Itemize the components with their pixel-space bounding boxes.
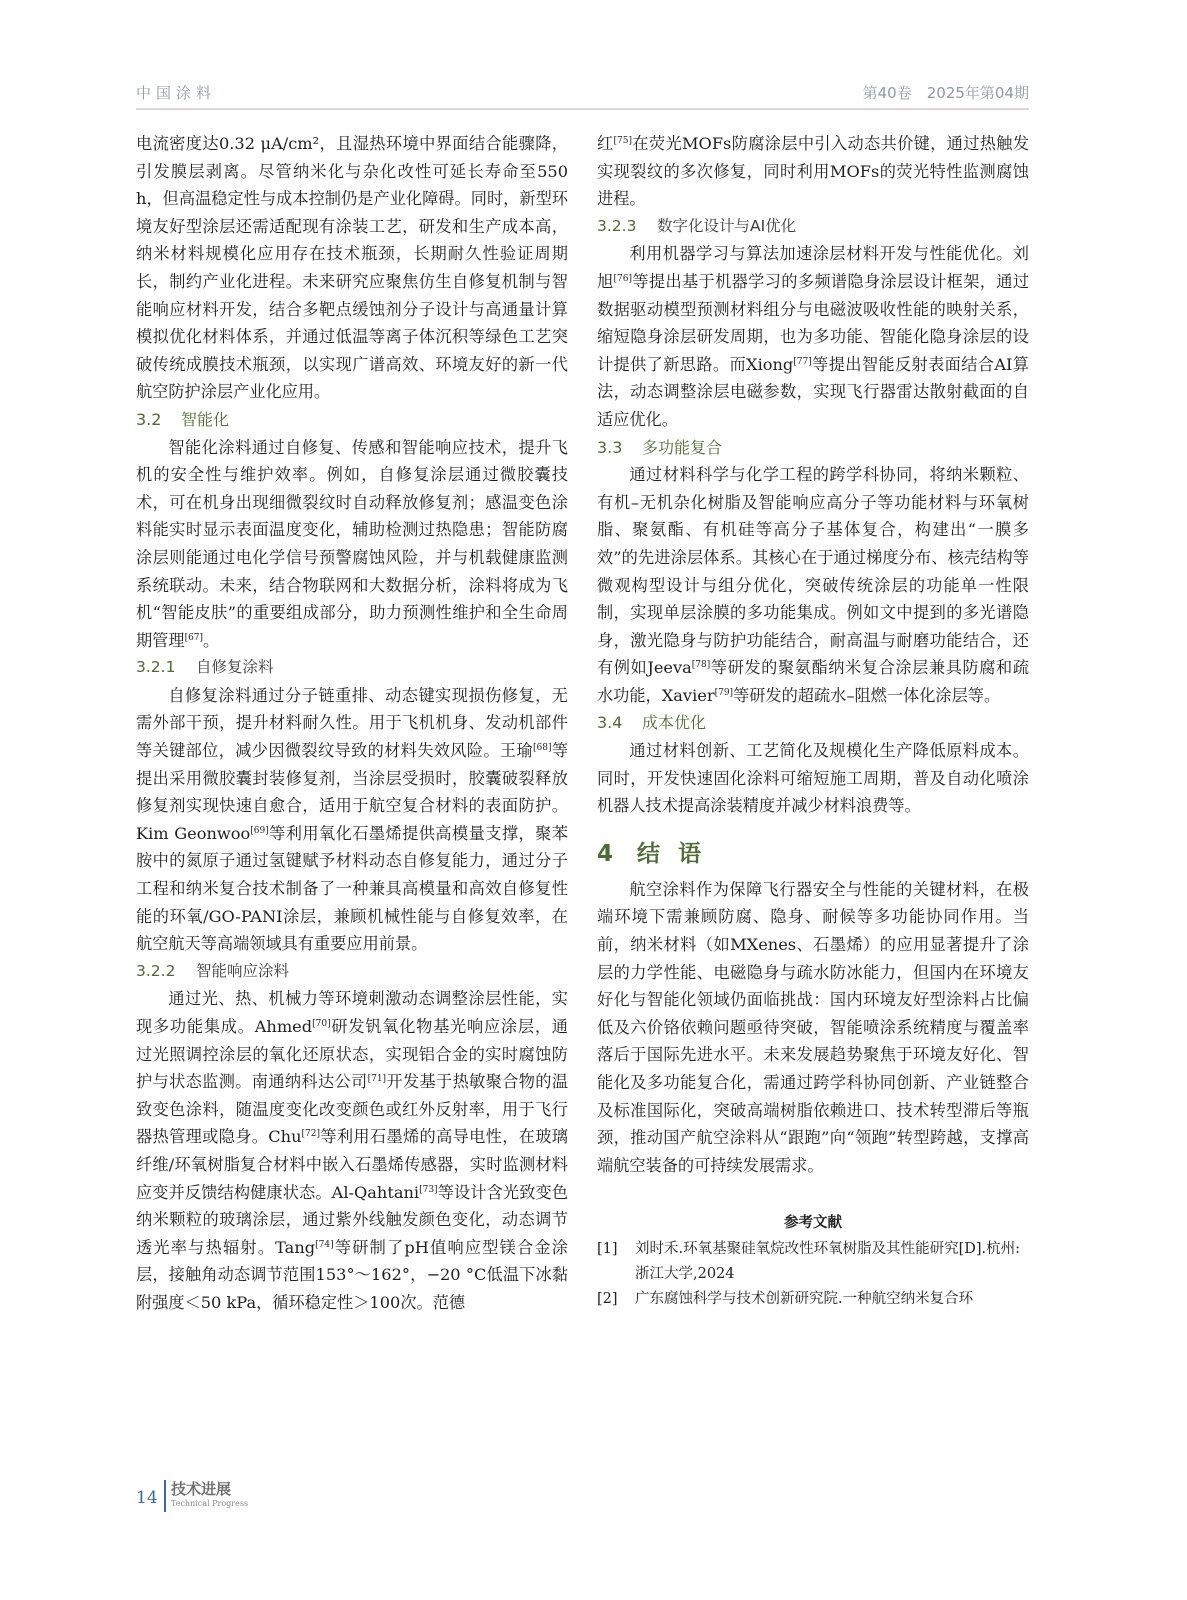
reference-text: 刘时禾.环氧基聚硅氧烷改性环氧树脂及其性能研究[D].杭州:浙江大学,2024 [635,1237,1029,1287]
section-title: 智能化 [181,410,229,429]
paragraph: 通过材料科学与化学工程的跨学科协同，将纳米颗粒、有机–无机杂化树脂及智能响应高分… [597,461,1029,709]
right-column: 红[75]在荧光MOFs防腐涂层中引入动态共价键，通过热触发实现裂纹的多次修复，… [597,130,1029,1312]
text: 。 [203,631,219,650]
paragraph: 航空涂料作为保障飞行器安全与性能的关键材料，在极端环境下需兼顾防腐、隐身、耐候等… [597,876,1029,1180]
citation: [71] [368,1074,386,1084]
reference-text: 广东腐蚀科学与技术创新研究院.一种航空纳米复合环 [635,1287,1029,1312]
footer-divider [164,1480,166,1512]
paragraph-continued: 电流密度达0.32 μA/cm²，且湿热环境中界面结合能骤降，引发膜层剥离。尽管… [136,130,568,406]
citation: [78] [692,660,710,670]
citation: [73] [419,1185,437,1195]
citation: [67] [185,633,203,643]
section-title: 成本优化 [642,713,706,732]
citation: [69] [250,826,268,836]
page-number: 14 [136,1488,158,1508]
reference-number: [2] [597,1287,635,1312]
paragraph: 智能化涂料通过自修复、传感和智能响应技术，提升飞机的安全性与维护效率。例如，自修… [136,434,568,655]
text: 等利用氧化石墨烯提供高模量支撑，聚苯胺中的氮原子通过氢键赋予材料动态自修复能力，… [136,824,568,953]
reference-item: [1] 刘时禾.环氧基聚硅氧烷改性环氧树脂及其性能研究[D].杭州:浙江大学,2… [597,1237,1029,1287]
section-heading-3-2: 3.2智能化 [136,406,568,434]
footer-section-title-en: Technical Progress [171,1499,248,1508]
references-title: 参考文献 [597,1209,1029,1237]
section-heading-4: 4结语 [597,836,1029,872]
citation: [79] [715,688,733,698]
section-title: 结语 [637,841,719,867]
text: 通过材料科学与化学工程的跨学科协同，将纳米颗粒、有机–无机杂化树脂及智能响应高分… [597,465,1029,677]
citation: [77] [793,357,811,367]
citation: [70] [312,1019,330,1029]
section-title: 自修复涂料 [196,658,274,676]
text: 在荧光MOFs防腐涂层中引入动态共价键，通过热触发实现裂纹的多次修复，同时利用M… [597,134,1029,208]
section-number: 3.2 [136,406,181,434]
section-number: 3.2.1 [136,654,196,682]
section-number: 3.4 [597,709,642,737]
section-heading-3-2-3: 3.2.3数字化设计与AI优化 [597,213,1029,241]
reference-item: [2] 广东腐蚀科学与技术创新研究院.一种航空纳米复合环 [597,1287,1029,1312]
footer-section-title: 技术进展 [171,1478,231,1499]
running-header: 中国涂料 第40卷 2025年第04期 [136,82,1029,110]
section-heading-3-2-1: 3.2.1自修复涂料 [136,654,568,682]
text: 红 [597,134,614,153]
paragraph: 通过光、热、机械力等环境刺激动态调整涂层性能，实现多功能集成。Ahmed[70]… [136,985,568,1316]
paragraph-continued: 红[75]在荧光MOFs防腐涂层中引入动态共价键，通过热触发实现裂纹的多次修复，… [597,130,1029,213]
citation: [74] [315,1240,333,1250]
section-heading-3-4: 3.4成本优化 [597,709,1029,737]
citation: [75] [614,136,632,146]
reference-number: [1] [597,1237,635,1287]
paragraph: 自修复涂料通过分子链重排、动态键实现损伤修复，无需外部干预，提升材料耐久性。用于… [136,682,568,958]
text: 智能化涂料通过自修复、传感和智能响应技术，提升飞机的安全性与维护效率。例如，自修… [136,438,568,650]
section-number: 3.2.3 [597,213,657,241]
section-heading-3-2-2: 3.2.2智能响应涂料 [136,958,568,986]
section-title: 数字化设计与AI优化 [657,217,796,235]
section-heading-3-3: 3.3多功能复合 [597,434,1029,462]
citation: [68] [533,743,551,753]
section-number: 3.2.2 [136,958,196,986]
issue-info: 第40卷 2025年第04期 [863,82,1029,103]
section-number: 4 [597,836,637,872]
journal-name: 中国涂料 [136,82,216,103]
section-title: 多功能复合 [642,438,722,457]
paragraph: 通过材料创新、工艺简化及规模化生产降低原料成本。同时，开发快速固化涂料可缩短施工… [597,737,1029,820]
paragraph: 利用机器学习与算法加速涂层材料开发与性能优化。刘旭[76]等提出基于机器学习的多… [597,240,1029,433]
left-column: 电流密度达0.32 μA/cm²，且湿热环境中界面结合能骤降，引发膜层剥离。尽管… [136,130,568,1317]
citation: [72] [302,1129,320,1139]
citation: [76] [614,274,632,284]
section-number: 3.3 [597,434,642,462]
text: 自修复涂料通过分子链重排、动态键实现损伤修复，无需外部干预，提升材料耐久性。用于… [136,686,568,760]
text: 等研发的超疏水–阻燃一体化涂层等。 [733,686,1000,705]
section-title: 智能响应涂料 [196,962,289,980]
